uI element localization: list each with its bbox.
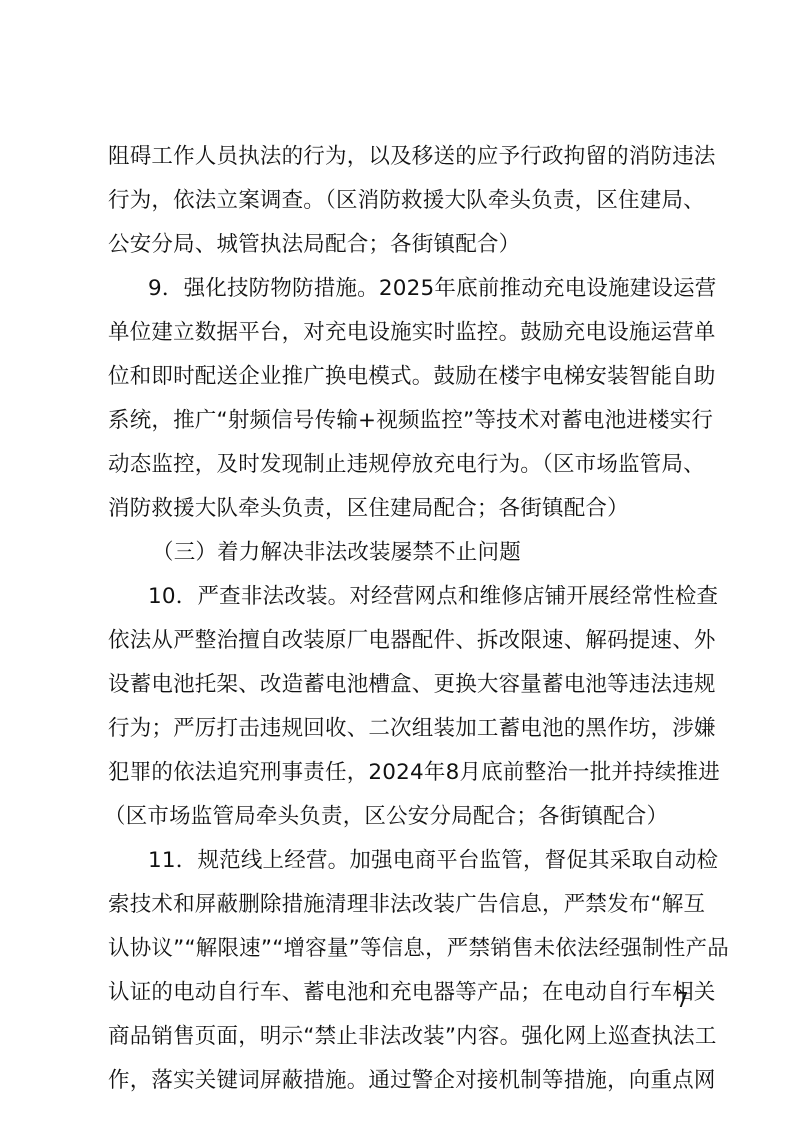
paragraph-line: 商品销售页面，明示“禁止非法改装”内容。强化网上巡查执法工 <box>108 1022 717 1052</box>
paragraph-line: 认协议”“解限速”“增容量”等信息，严禁销售未依法经强制性产品 <box>108 934 729 964</box>
paragraph-line: 动态监控，及时发现制止违规停放充电行为。（区市场监管局、 <box>108 450 705 480</box>
section-heading: （三）着力解决非法改装屡禁不止问题 <box>152 538 521 568</box>
paragraph-line: 阻碍工作人员执法的行为，以及移送的应予行政拘留的消防违法 <box>108 142 716 172</box>
paragraph-line: 依法从严整治擅自改装原厂电器配件、拆改限速、解码提速、外 <box>108 626 716 656</box>
paragraph-line: 单位建立数据平台，对充电设施实时监控。鼓励充电设施运营单 <box>108 318 716 348</box>
item-10-heading-line: 10．严查非法改装。对经营网点和维修店铺开展经常性检查 <box>148 582 718 612</box>
item-9-heading-line: 9．强化技防物防措施。2025年底前推动充电设施建设运营 <box>148 274 717 304</box>
paragraph-line: 索技术和屏蔽删除措施清理非法改装广告信息，严禁发布“解互 <box>108 890 705 920</box>
paragraph-line: 行为；严厉打击违规回收、二次组装加工蓄电池的黑作坊，涉嫌 <box>108 714 716 744</box>
paragraph-line: 消防救援大队牵头负责，区住建局配合；各街镇配合） <box>108 494 629 524</box>
item-11-heading-line: 11．规范线上经营。加强电商平台监管，督促其采取自动检 <box>148 846 718 876</box>
paragraph-line: 行为，依法立案调查。（区消防救援大队牵头负责，区住建局、 <box>108 186 705 216</box>
paragraph-line: 犯罪的依法追究刑事责任，2024年8月底前整治一批并持续推进 <box>108 758 720 788</box>
paragraph-line: 公安分局、城管执法局配合；各街镇配合） <box>108 230 520 260</box>
page-number: 7 <box>676 988 689 1012</box>
paragraph-line: 位和即时配送企业推广换电模式。鼓励在楼宇电梯安装智能自助 <box>108 362 716 392</box>
paragraph-line: 认证的电动自行车、蓄电池和充电器等产品；在电动自行车相关 <box>108 978 716 1008</box>
paragraph-line: 作，落实关键词屏蔽措施。通过警企对接机制等措施，向重点网 <box>108 1066 716 1096</box>
paragraph-line: 系统，推广“射频信号传输+视频监控”等技术对蓄电池进楼实行 <box>108 406 713 436</box>
paragraph-line: 设蓄电池托架、改造蓄电池槽盒、更换大容量蓄电池等违法违规 <box>108 670 716 700</box>
paragraph-line: （区市场监管局牵头负责，区公安分局配合；各街镇配合） <box>104 802 668 832</box>
